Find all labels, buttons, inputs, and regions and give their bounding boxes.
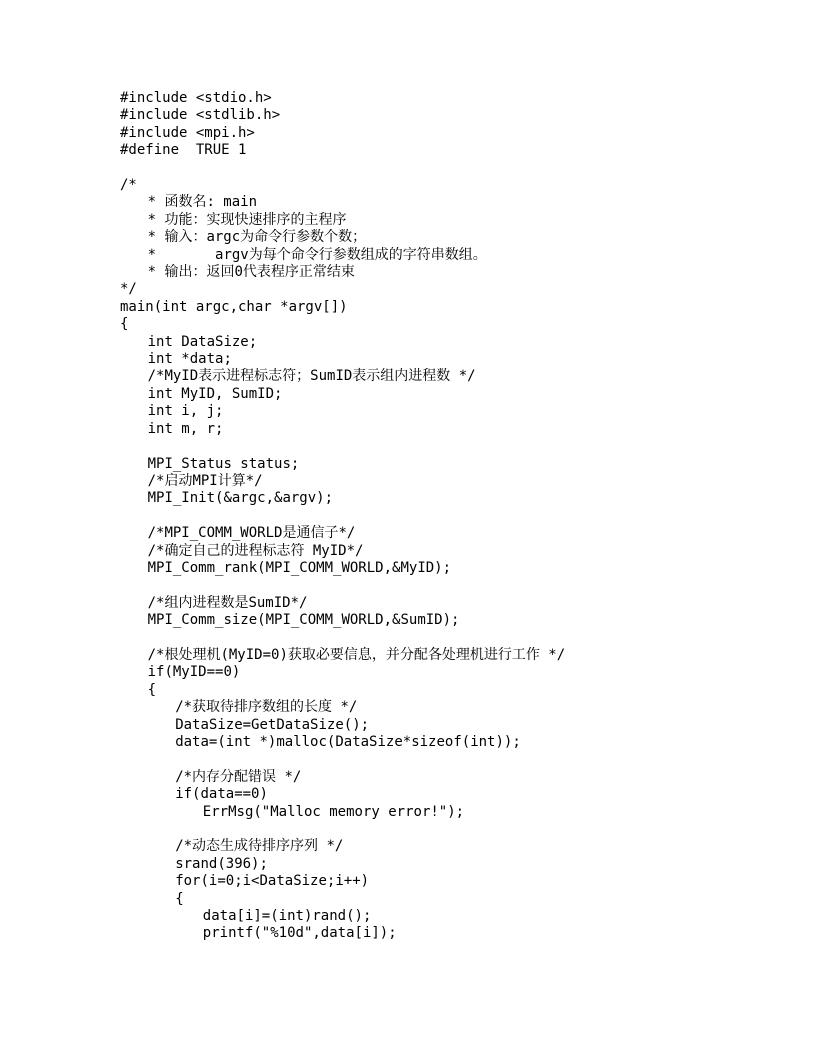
code-line: #define TRUE 1 — [120, 142, 806, 159]
code-line: data[i]=(int)rand(); — [120, 908, 806, 925]
code-line: * argv为每个命令行参数组成的字符串数组。 — [120, 247, 806, 264]
code-line: #include <mpi.h> — [120, 125, 806, 142]
code-line — [120, 821, 806, 838]
code-line: { — [120, 682, 806, 699]
code-line: srand(396); — [120, 856, 806, 873]
code-line: */ — [120, 281, 806, 298]
code-line — [120, 751, 806, 768]
code-line: if(MyID==0) — [120, 664, 806, 681]
code-line: if(data==0) — [120, 786, 806, 803]
code-line: main(int argc,char *argv[]) — [120, 299, 806, 316]
code-line: /*启动MPI计算*/ — [120, 473, 806, 490]
code-line: /* — [120, 177, 806, 194]
code-line: int i, j; — [120, 403, 806, 420]
code-line: * 输入：argc为命令行参数个数； — [120, 229, 806, 246]
code-line: { — [120, 316, 806, 333]
code-line: MPI_Comm_size(MPI_COMM_WORLD,&SumID); — [120, 612, 806, 629]
code-line: /*动态生成待排序序列 */ — [120, 838, 806, 855]
code-line: #include <stdio.h> — [120, 90, 806, 107]
code-line: MPI_Comm_rank(MPI_COMM_WORLD,&MyID); — [120, 560, 806, 577]
code-line: MPI_Status status; — [120, 456, 806, 473]
code-line: for(i=0;i<DataSize;i++) — [120, 873, 806, 890]
code-line: * 功能：实现快速排序的主程序 — [120, 212, 806, 229]
code-line: /*根处理机(MyID=0)获取必要信息，并分配各处理机进行工作 */ — [120, 647, 806, 664]
code-line: DataSize=GetDataSize(); — [120, 717, 806, 734]
code-line: ErrMsg("Malloc memory error!"); — [120, 804, 806, 821]
code-line — [120, 508, 806, 525]
code-line: #include <stdlib.h> — [120, 107, 806, 124]
code-line: int MyID, SumID; — [120, 386, 806, 403]
code-line: * 函数名: main — [120, 194, 806, 211]
code-line: data=(int *)malloc(DataSize*sizeof(int))… — [120, 734, 806, 751]
code-line: int DataSize; — [120, 334, 806, 351]
code-line: /*确定自己的进程标志符 MyID*/ — [120, 543, 806, 560]
code-line: /*MyID表示进程标志符；SumID表示组内进程数 */ — [120, 368, 806, 385]
code-line: int m, r; — [120, 421, 806, 438]
code-line — [120, 630, 806, 647]
code-line: int *data; — [120, 351, 806, 368]
code-line — [120, 577, 806, 594]
code-line: /*MPI_COMM_WORLD是通信子*/ — [120, 525, 806, 542]
code-line — [120, 438, 806, 455]
code-line: /*组内进程数是SumID*/ — [120, 595, 806, 612]
code-block: #include <stdio.h>#include <stdlib.h>#in… — [120, 90, 806, 943]
code-line: * 输出：返回0代表程序正常结束 — [120, 264, 806, 281]
code-line — [120, 160, 806, 177]
document-page: #include <stdio.h>#include <stdlib.h>#in… — [0, 0, 816, 1056]
code-line: printf("%10d",data[i]); — [120, 925, 806, 942]
code-line: /*内存分配错误 */ — [120, 769, 806, 786]
code-line: { — [120, 891, 806, 908]
code-line: /*获取待排序数组的长度 */ — [120, 699, 806, 716]
code-line: MPI_Init(&argc,&argv); — [120, 490, 806, 507]
